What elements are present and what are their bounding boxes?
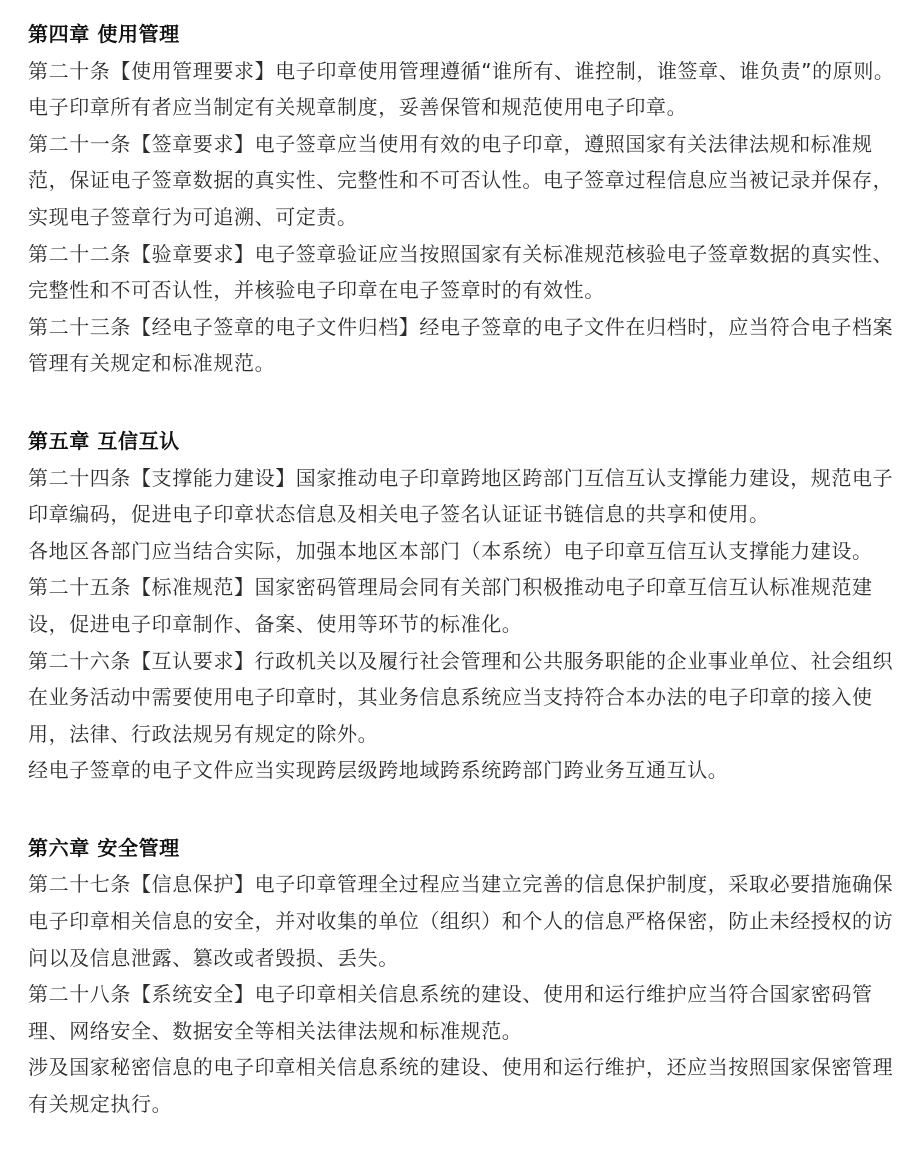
text-line: 在业务活动中需要使用电子印章时，其业务信息系统应当支持符合本办法的电子印章的接入… — [28, 679, 876, 716]
text-line: 第二十三条【经电子签章的电子文件归档】经电子签章的电子文件在归档时，应当符合电子… — [28, 309, 876, 346]
text-line: 第二十八条【系统安全】电子印章相关信息系统的建设、使用和运行维护应当符合国家密码… — [28, 976, 876, 1013]
chapter-heading: 第五章 互信互认 — [28, 423, 876, 460]
text-line: 范，保证电子签章数据的真实性、完整性和不可否认性。电子签章过程信息应当被记录并保… — [28, 162, 876, 199]
text-line: 印章编码，促进电子印章状态信息及相关电子签名认证证书链信息的共享和使用。 — [28, 496, 876, 533]
text-line: 涉及国家秘密信息的电子印章相关信息系统的建设、使用和运行维护，还应当按照国家保密… — [28, 1049, 876, 1086]
text-line: 设，促进电子印章制作、备案、使用等环节的标准化。 — [28, 606, 876, 643]
text-line: 实现电子签章行为可追溯、可定责。 — [28, 199, 876, 236]
chapter-section-usage-management: 第四章 使用管理 第二十条【使用管理要求】电子印章使用管理遵循“谁所有、谁控制，… — [28, 16, 876, 382]
text-line: 第二十四条【支撑能力建设】国家推动电子印章跨地区跨部门互信互认支撑能力建设，规范… — [28, 460, 876, 497]
text-line: 第二十五条【标准规范】国家密码管理局会同有关部门积极推动电子印章互信互认标准规范… — [28, 569, 876, 606]
text-line: 第二十六条【互认要求】行政机关以及履行社会管理和公共服务职能的企业事业单位、社会… — [28, 643, 876, 680]
document-page: 第四章 使用管理 第二十条【使用管理要求】电子印章使用管理遵循“谁所有、谁控制，… — [0, 0, 900, 1151]
text-line: 电子印章所有者应当制定有关规章制度，妥善保管和规范使用电子印章。 — [28, 89, 876, 126]
text-line: 各地区各部门应当结合实际，加强本地区本部门（本系统）电子印章互信互认支撑能力建设… — [28, 533, 876, 570]
text-line: 电子印章相关信息的安全，并对收集的单位（组织）和个人的信息严格保密，防止未经授权… — [28, 903, 876, 940]
text-line: 用，法律、行政法规另有规定的除外。 — [28, 716, 876, 753]
text-line: 完整性和不可否认性，并核验电子印章在电子签章时的有效性。 — [28, 272, 876, 309]
text-line: 第二十七条【信息保护】电子印章管理全过程应当建立完善的信息保护制度，采取必要措施… — [28, 866, 876, 903]
chapter-section-security-management: 第六章 安全管理 第二十七条【信息保护】电子印章管理全过程应当建立完善的信息保护… — [28, 830, 876, 1123]
text-line: 第二十二条【验章要求】电子签章验证应当按照国家有关标准规范核验电子签章数据的真实… — [28, 236, 876, 273]
chapter-heading: 第六章 安全管理 — [28, 830, 876, 867]
text-line: 第二十条【使用管理要求】电子印章使用管理遵循“谁所有、谁控制，谁签章、谁负责”的… — [28, 53, 876, 90]
text-line: 管理有关规定和标准规范。 — [28, 345, 876, 382]
text-line: 理、网络安全、数据安全等相关法律法规和标准规范。 — [28, 1013, 876, 1050]
text-line: 第二十一条【签章要求】电子签章应当使用有效的电子印章，遵照国家有关法律法规和标准… — [28, 126, 876, 163]
chapter-section-mutual-trust: 第五章 互信互认 第二十四条【支撑能力建设】国家推动电子印章跨地区跨部门互信互认… — [28, 423, 876, 789]
chapter-heading: 第四章 使用管理 — [28, 16, 876, 53]
text-line: 问以及信息泄露、篡改或者毁损、丢失。 — [28, 940, 876, 977]
text-line: 有关规定执行。 — [28, 1086, 876, 1123]
text-line: 经电子签章的电子文件应当实现跨层级跨地域跨系统跨部门跨业务互通互认。 — [28, 752, 876, 789]
